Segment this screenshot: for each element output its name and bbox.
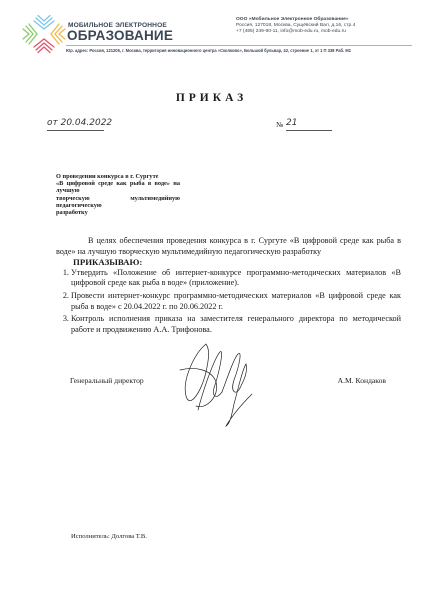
subject-line: О проведении конкурса в г. Сургуте — [56, 173, 180, 180]
brand-line-2: ОБРАЗОВАНИЕ — [67, 28, 173, 43]
order-number: 21 — [286, 118, 332, 131]
mobile-education-logo-icon — [22, 14, 66, 54]
legal-address: Юр. адрес: Россия, 121205, г. Москва, те… — [66, 48, 351, 53]
signer-title: Генеральный директор — [70, 376, 144, 385]
org-contacts: +7 (495) 249-90-11, info@mob-edu.ru, mob… — [236, 29, 355, 35]
order-date: от 20.04.2022 — [47, 118, 104, 131]
signer-name: А.М. Кондаков — [338, 376, 386, 385]
order-body: В целях обеспечения проведения конкурса … — [56, 236, 401, 337]
subject-line: «В цифровой среде как рыба в воде» на лу… — [56, 180, 180, 194]
orders-list: Утвердить «Положение об интернет-конкурс… — [56, 268, 401, 336]
handwritten-signature-icon — [176, 340, 256, 430]
org-info: ООО «Мобильное Электронное Образование» … — [236, 17, 355, 35]
order-number-label: № — [276, 120, 283, 129]
header-divider — [66, 45, 412, 46]
intro-paragraph: В целях обеспечения проведения конкурса … — [56, 236, 401, 257]
subject-line: разработку — [56, 209, 180, 216]
order-item: Провести интернет-конкурс программно-мет… — [71, 291, 401, 312]
page-title: ПРИКАЗ — [0, 92, 423, 104]
order-item: Контроль исполнения приказа на заместите… — [71, 314, 401, 335]
orders-heading: ПРИКАЗЫВАЮ: — [73, 257, 401, 268]
order-subject: О проведении конкурса в г. Сургуте «В ци… — [56, 173, 180, 216]
executor: Исполнитель: Долгова Т.В. — [71, 533, 147, 540]
order-item: Утвердить «Положение об интернет-конкурс… — [71, 268, 401, 289]
subject-line: творческую мультимедийную педагогическую — [56, 195, 180, 209]
